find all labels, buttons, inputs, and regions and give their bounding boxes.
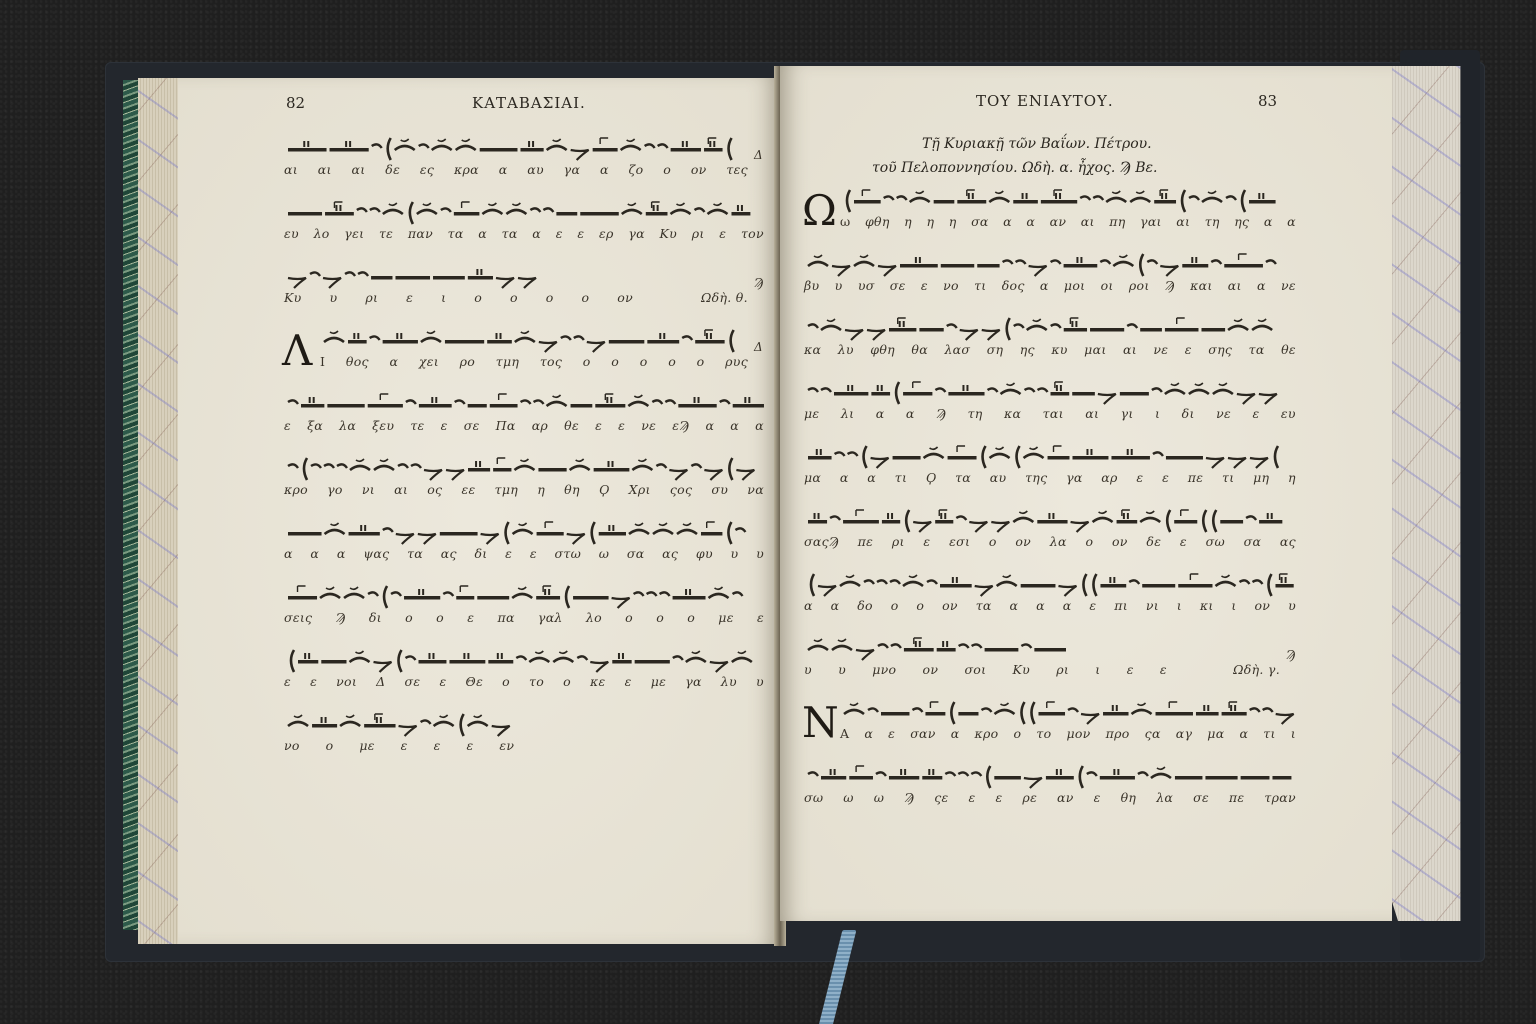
lyric-syllables: Ιθοςαχειροτμητοςοοοοορυς [320,354,748,372]
notation-line: ωφθηηηησααααναιπηγαιαιτηηςααΩ [840,182,1296,232]
neume-row [804,374,1296,406]
neume-notation [804,438,1296,470]
syllable: πε [858,534,874,552]
syllable: χει [419,354,439,372]
notation-line: καλυφθηθαλασσηηςκυμαιαινεεσηςταθε [804,310,1296,360]
syllable: ςος [670,482,692,500]
syllable: ε [466,738,473,756]
syllable: γα [628,226,645,244]
syllable: ο [474,290,482,308]
lyric-syllables: εενοιΔσεεΘεοτοοκεεμεγαλυυ [284,674,764,692]
syllable: σαςϠ [804,534,839,552]
syllable: μον [1066,726,1090,744]
syllable: ο [546,290,554,308]
lyric-syllables: σωωωϠςεεερεανεθηλασεπετραν [804,790,1296,808]
notation-line: αααψαςτααςδιεεστωωσααςφυυυ [284,514,764,564]
syllable: σης [1208,342,1232,360]
syllable: ται [1043,406,1064,424]
syllable: ε [284,674,291,692]
syllable: σα [1244,534,1262,552]
syllable: σε [464,418,480,436]
syllable: δε [1146,534,1161,552]
syllable: ο [697,354,705,372]
syllable: λο [314,226,330,244]
page-block-edge-right [1390,66,1470,921]
neume-row [284,578,764,610]
syllable: ε [995,790,1002,808]
neume-row [284,642,764,674]
notation-line: ευλογειτεπανταατααεεεργαΚυριετον [284,194,764,244]
syllable: ε [888,726,895,744]
syllable: τη [1205,214,1220,232]
syllable: α [1257,278,1266,296]
page-number: 82 [286,94,305,112]
syllable: Ϡ [936,406,946,424]
syllable: ον [1112,534,1128,552]
neume-row [284,706,514,738]
syllable: ε [530,546,537,564]
syllable: ο [582,290,590,308]
neume-notation [804,374,1296,406]
syllable: ση [987,342,1004,360]
syllable: ω [843,790,854,808]
syllable: ο [405,610,413,628]
syllable: ε [439,674,446,692]
syllable: ι [1155,406,1160,424]
syllable: υ [756,546,764,564]
syllable: νε [641,418,656,436]
syllable: ας [441,546,457,564]
syllable: ςε [934,790,948,808]
syllable: α [1287,214,1296,232]
neume-notation [284,642,764,674]
syllable: θε [564,418,579,436]
syllable: αι [1081,214,1095,232]
syllable: αι [352,162,366,180]
syllable: α [1003,214,1012,232]
syllable: μαι [1084,342,1106,360]
syllable: δι [1182,406,1195,424]
neume-row [804,310,1296,342]
syllable: ο [563,674,571,692]
syllable: Χρι [629,482,651,500]
syllable: λυ [721,674,737,692]
syllable: γει [344,226,364,244]
syllable: τα [407,546,423,564]
syllable: Κυ [660,226,678,244]
syllable: υ [1288,598,1296,616]
notation-line: ΚυυριειοοοοονΩδὴ. θ.Ϡ [284,258,748,308]
syllable: ος [427,482,442,500]
syllable: ο [326,738,334,756]
neume-notation [284,194,764,226]
syllable: ε [1094,790,1101,808]
syllable: υ [804,662,812,680]
syllable: αι [1228,278,1242,296]
neume-notation [804,246,1296,278]
syllable: κα [804,342,821,360]
syllable: ε [434,738,441,756]
syllable: ε [1127,662,1134,680]
syllable: δι [474,546,487,564]
syllable: η [1288,470,1296,488]
syllable: Κυ [1013,662,1031,680]
lyric-syllables: ΚυυριειοοοοονΩδὴ. θ. [284,290,748,308]
syllable: Ϡ [336,610,346,628]
syllable: θος [346,354,369,372]
syllable: ε [968,790,975,808]
syllable: με [359,738,374,756]
left-page: 82 ΚΑΤΑΒΑΣΙΑΙ. αιαιαιδεεςκραααυγααζοοοντ… [178,78,778,944]
neume-row [284,130,748,162]
syllable: αρ [1101,470,1117,488]
marginal-sign: Δ [754,340,763,354]
notation-line: ΙθοςαχειροτμητοςοοοοορυςΛΔ [320,322,748,372]
lyric-syllables: Ααεσανακροοτομονπροςααγμαατιι [840,726,1296,744]
drop-capital: N [802,702,839,744]
neume-notation [284,514,764,546]
syllable: ε [1180,534,1187,552]
syllable: ξευ [372,418,394,436]
neume-notation [804,310,1296,342]
syllable: ο [611,354,619,372]
syllable: α [389,354,398,372]
syllable: νι [362,482,375,500]
syllable: υ [835,278,843,296]
neume-notation [284,706,514,738]
syllable: σω [1206,534,1225,552]
neume-notation [804,566,1296,598]
notation-line: σωωωϠςεεερεανεθηλασεπετραν [804,758,1296,808]
syllable: αι [1085,406,1099,424]
syllable: α [951,726,960,744]
syllable: ρο [460,354,475,372]
syllable: ο [436,610,444,628]
marbled-endpaper-left [123,80,138,930]
notation-line: ΑαεσανακροοτομονπροςααγμαατιιN [840,694,1296,744]
neume-notation [840,182,1296,214]
page-block-edge-left [138,78,178,944]
syllable: υ [838,662,846,680]
syllable: νοι [336,674,357,692]
syllable: ο [891,598,899,616]
syllable: ρι [692,226,705,244]
syllable: α [755,418,764,436]
syllable: α [600,162,609,180]
syllable: τι [895,470,907,488]
syllable: ε [310,674,317,692]
syllable: ες [420,162,434,180]
syllable: νο [943,278,959,296]
syllable: σα [971,214,989,232]
syllable: ο [668,354,676,372]
syllable: τι [974,278,986,296]
marginal-sign: Ϡ [754,276,763,290]
syllable: τες [726,162,748,180]
syllable: υσ [858,278,875,296]
syllable: λο [586,610,602,628]
syllable: α [876,406,885,424]
syllable: α [831,598,840,616]
syllable: α [310,546,319,564]
drop-capital: Ω [802,190,837,232]
syllable: γαι [1140,214,1162,232]
syllable: τραν [1264,790,1296,808]
lyric-syllables: καλυφθηθαλασσηηςκυμαιαινεεσηςταθε [804,342,1296,360]
syllable: λα [1050,534,1067,552]
syllable: οι [1101,278,1114,296]
syllable: λασ [944,342,970,360]
syllable: τος [540,354,562,372]
syllable: ι [441,290,446,308]
syllable: φθη [865,214,890,232]
syllable: πε [1188,470,1204,488]
lyric-syllables: σειςϠδιοοεπαγαλλοοοομεε [284,610,764,628]
syllable: λι [841,406,854,424]
notation-line: εενοιΔσεεΘεοτοοκεεμεγαλυυ [284,642,764,692]
syllable: ας [662,546,678,564]
syllable: α [864,726,873,744]
syllable: τα [955,470,971,488]
neume-row [804,246,1296,278]
syllable: ε [1160,662,1167,680]
neume-row [804,630,1066,662]
syllable: υ [756,674,764,692]
syllable: ω [599,546,610,564]
neume-row [804,566,1296,598]
neume-row [804,502,1296,534]
syllable: ε [577,226,584,244]
marginal-sign: Ϡ [1286,648,1295,662]
syllable: ο [989,534,997,552]
syllable: με [651,674,666,692]
syllable: πα [497,610,514,628]
lyric-syllables: αιαιαιδεεςκραααυγααζοοοντες [284,162,748,180]
notation-line: βυυυσσεενοτιδοςαμοιοιροιϠκαιαιανε [804,246,1296,296]
right-page: ΤΟΥ ΕΝΙΑΥΤΟΥ. 83 Τῇ Κυριακῇ τῶν Βαΐων. Π… [780,66,1392,921]
syllable: ον [942,598,958,616]
syllable: αι [318,162,332,180]
syllable: αυ [990,470,1007,488]
lyric-syllables: ευλογειτεπανταατααεεεργαΚυριετον [284,226,764,244]
notation-line: υυμνοονσοιΚυριιεεΩδὴ. γ.Ϡ [804,630,1280,680]
syllable: ρι [892,534,905,552]
syllable: Ϡ [1165,278,1175,296]
neume-row [804,438,1296,470]
syllable: τε [379,226,393,244]
syllable: αι [1123,342,1137,360]
syllable: α [478,226,487,244]
syllable: μοι [1064,278,1085,296]
syllable: αγ [1176,726,1193,744]
syllable: να [747,482,764,500]
syllable: γι [1121,406,1134,424]
syllable: μνο [872,662,896,680]
running-head: ΚΑΤΑΒΑΣΙΑΙ. [472,94,586,112]
syllable: συ [711,482,728,500]
syllable: βυ [804,278,819,296]
syllable: γα [685,674,702,692]
syllable: αυ [527,162,544,180]
syllable: παν [408,226,433,244]
syllable: ον [691,162,707,180]
syllable: ο [663,162,671,180]
syllable: ης [1234,214,1249,232]
syllable: ο [687,610,695,628]
syllable: ρυς [725,354,748,372]
syllable: ο [625,610,633,628]
syllable: και [1190,278,1212,296]
syllable: Δ [376,674,385,692]
syllable: ξα [307,418,323,436]
syllable: αι [284,162,298,180]
syllable: ον [617,290,633,308]
hymn-title: Τῇ Κυριακῇ τῶν Βαΐων. Πέτρου. [922,136,1152,152]
syllable: Κυ [284,290,302,308]
syllable: ι [1291,726,1296,744]
syllable: ε [923,534,930,552]
syllable: ρι [365,290,378,308]
syllable: Ϙ [926,470,937,488]
syllable: ο [916,598,924,616]
neume-notation [284,386,764,418]
syllable: ευ [1281,406,1296,424]
syllable: προ [1106,726,1130,744]
syllable: μα [804,470,821,488]
syllable: τα [1249,342,1265,360]
lyric-syllables: μελιααϠτηκαταιαιγιιδινεεευ [804,406,1296,424]
syllable: ο [583,354,591,372]
syllable: κρο [974,726,998,744]
notation-line: εξαλαξευτεεσεΠααρθεεενεεϠααα [284,386,764,436]
syllable: με [718,610,733,628]
syllable: ε [556,226,563,244]
syllable: ε [284,418,291,436]
syllable: το [529,674,544,692]
syllable: μη [1253,470,1269,488]
neume-notation [804,758,1296,790]
running-head: ΤΟΥ ΕΝΙΑΥΤΟΥ. [976,92,1114,110]
syllable: α [1036,598,1045,616]
syllable: σα [627,546,645,564]
syllable: υ [731,546,739,564]
syllable: δε [385,162,400,180]
page-number: 83 [1258,92,1277,110]
lyric-syllables: βυυυσσεενοτιδοςαμοιοιροιϠκαιαιανε [804,278,1296,296]
lyric-syllables: ααδοοοοντααααεπινιικιιονυ [804,598,1296,616]
lyric-syllables: εξαλαξευτεεσεΠααρθεεενεεϠααα [284,418,764,436]
syllable: γα [1066,470,1083,488]
syllable: ευ [284,226,299,244]
syllable: αν [1057,790,1074,808]
neume-notation [284,450,764,482]
lyric-syllables: μααατιϘτααυτηςγααρεεπετιμηη [804,470,1296,488]
syllable: μα [1207,726,1224,744]
syllable: πη [1109,214,1125,232]
notation-line: αιαιαιδεεςκραααυγααζοοοντεςΔ [284,130,748,180]
syllable: φυ [696,546,713,564]
lyric-syllables: κρογονιαιοςεετμηηθηϘΧριςοςσυνα [284,482,764,500]
syllable: σαν [910,726,935,744]
syllable: ον [1015,534,1031,552]
syllable: α [284,546,293,564]
syllable: ι [1177,598,1182,616]
syllable: τε [410,418,424,436]
syllable: αν [1050,214,1067,232]
syllable: με [804,406,819,424]
syllable: ε [595,418,602,436]
syllable: στω [555,546,582,564]
syllable: λα [339,418,356,436]
marginal-sign: Δ [754,148,763,162]
syllable: σε [405,674,421,692]
syllable: ω [840,214,851,232]
syllable: ε [719,226,726,244]
syllable: ε [467,610,474,628]
syllable: Ϙ [599,482,610,500]
lyric-syllables: ωφθηηηησααααναιπηγαιαιτηηςαα [840,214,1296,232]
neume-row [284,194,764,226]
syllable: γο [327,482,343,500]
syllable: α [532,226,541,244]
syllable: ο [510,290,518,308]
syllable: ψας [363,546,389,564]
neume-row [804,758,1296,790]
syllable: πι [1114,598,1128,616]
syllable: α [867,470,876,488]
syllable: α [705,418,714,436]
syllable: εν [499,738,514,756]
syllable: ον [923,662,939,680]
syllable: θη [564,482,580,500]
syllable: το [1036,726,1051,744]
syllable: α [1026,214,1035,232]
syllable: α [840,470,849,488]
syllable: κα [1004,406,1021,424]
syllable: αι [1176,214,1190,232]
hymn-subtitle: τοῦ Πελοποννησίου. Ωδὴ. α. ἦχος. Ϡ Βε. [872,160,1157,176]
syllable: ε [921,278,928,296]
neume-notation [840,694,1296,726]
syllable: ο [502,674,510,692]
lyric-syllables: σαςϠπεριεεσιοονλαοονδεεσωσαας [804,534,1296,552]
syllable: ε [757,610,764,628]
syllable: α [499,162,508,180]
syllable: ο [1014,726,1022,744]
syllable: ο [1085,534,1093,552]
syllable: η [949,214,957,232]
syllable: σω [804,790,823,808]
syllable: ε [618,418,625,436]
syllable: τα [448,226,464,244]
syllable: τμη [496,354,519,372]
syllable: νε [1216,406,1231,424]
syllable: ε [1089,598,1096,616]
notation-line: ααδοοοοντααααεπινιικιιονυ [804,566,1296,616]
syllable: Θε [466,674,484,692]
notation-line: νοομεεεεεν [284,706,514,756]
ode-marker: Ωδὴ. γ. [1233,662,1280,680]
syllable: η [904,214,912,232]
syllable: σεις [284,610,312,628]
syllable: κι [1200,598,1214,616]
syllable: ερ [599,226,614,244]
neume-row [284,514,764,546]
syllable: ο [640,354,648,372]
syllable: δο [857,598,873,616]
neume-notation [284,258,539,290]
syllable: κε [590,674,606,692]
